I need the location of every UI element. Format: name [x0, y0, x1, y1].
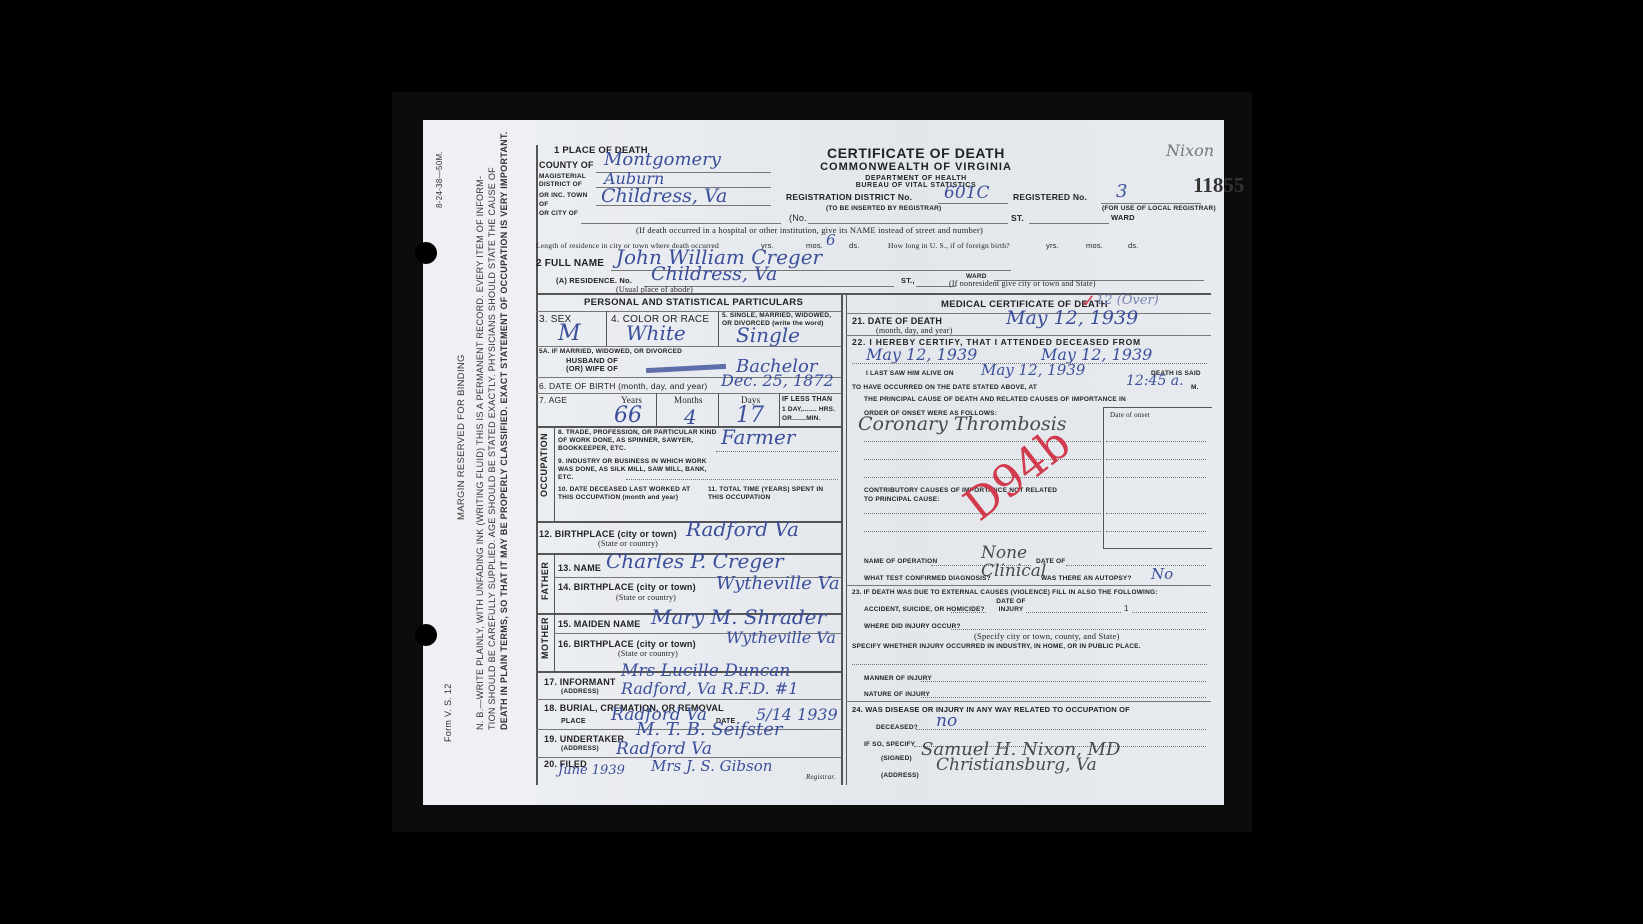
- ward-label: WARD: [1111, 213, 1135, 222]
- binding-margin: Form V. S. 12 8-24-38—50M. MARGIN RESERV…: [423, 120, 535, 805]
- trade-label: 8. TRADE, PROFESSION, OR PARTICULAR KIND…: [558, 429, 718, 453]
- death-certificate: Form V. S. 12 8-24-38—50M. MARGIN RESERV…: [423, 120, 1224, 805]
- father-birthplace-value: Wytheville Va: [716, 573, 840, 594]
- residence-mos-value: 6: [826, 231, 836, 249]
- informant-address-label: (ADDRESS): [561, 688, 599, 695]
- certificate-title-block: CERTIFICATE OF DEATH COMMONWEALTH OF VIR…: [796, 145, 1036, 189]
- street-label: ST.: [1011, 213, 1024, 223]
- father-side-label: FATHER: [540, 562, 550, 600]
- department-label: DEPARTMENT OF HEALTH: [796, 175, 1036, 182]
- print-code: 8-24-38—50M.: [435, 151, 444, 208]
- date-of-onset-box: [1103, 407, 1212, 549]
- date-of-death-value: May 12, 1939: [1006, 307, 1138, 329]
- foreign-birth-label: How long in U. S., if of foreign birth?: [888, 241, 1010, 250]
- trade-value: Farmer: [721, 425, 795, 449]
- marital-value: Single: [736, 323, 800, 347]
- magisterial-label: MAGISTERIAL DISTRICT OF: [539, 173, 589, 189]
- registrar-label: Registrar.: [806, 773, 835, 781]
- nonresident-note: (If nonresident give city or town and St…: [949, 279, 1096, 288]
- date-of-onset-label: Date of onset: [1110, 411, 1150, 419]
- full-name-label: 2 FULL NAME: [536, 258, 604, 269]
- county-value: Montgomery: [604, 149, 721, 170]
- dob-value: Dec. 25, 1872: [721, 371, 834, 390]
- registered-note: (FOR USE OF LOCAL REGISTRAR): [1102, 205, 1216, 212]
- mother-birthplace-label: 16. BIRTHPLACE (city or town): [558, 639, 696, 649]
- punch-hole-top: [415, 242, 437, 264]
- registered-no-label: REGISTERED No.: [1013, 192, 1087, 202]
- operation-label: NAME OF OPERATION: [864, 558, 937, 565]
- informant-address-value: Radford, Va R.F.D. #1: [621, 679, 798, 698]
- commonwealth-title: COMMONWEALTH OF VIRGINIA: [796, 161, 1036, 173]
- physician-address-label: (ADDRESS): [881, 772, 919, 779]
- race-value: White: [626, 321, 686, 345]
- father-name-value: Charles P. Creger: [606, 549, 784, 573]
- residence-value: Childress, Va: [651, 263, 777, 285]
- external-causes-label: 23. IF DEATH WAS DUE TO EXTERNAL CAUSES …: [852, 588, 1192, 597]
- attended-from-value: May 12, 1939: [866, 345, 977, 364]
- autopsy-value: No: [1151, 565, 1173, 583]
- date-of-death-sub: (month, day, and year): [876, 326, 953, 335]
- where-injury-label: WHERE DID INJURY OCCUR?: [864, 623, 961, 630]
- undertaker-label: 19. UNDERTAKER: [544, 734, 624, 744]
- informant-label: 17. INFORMANT: [544, 677, 616, 687]
- personal-heading: PERSONAL AND STATISTICAL PARTICULARS: [584, 297, 803, 308]
- spouse-label: 5A. IF MARRIED, WIDOWED, OR DIVORCED: [539, 348, 682, 355]
- informant-value: Mrs Lucille Duncan: [621, 661, 790, 681]
- filed-value: June 1939: [558, 763, 625, 778]
- hospital-note: (If death occurred in a hospital or othe…: [636, 225, 983, 235]
- margin-note: MARGIN RESERVED FOR BINDING: [456, 354, 467, 520]
- occurred-label: TO HAVE OCCURRED ON THE DATE STATED ABOV…: [852, 384, 1037, 391]
- residence-ds-label: ds.: [849, 241, 860, 250]
- age-label: 7. AGE: [539, 395, 567, 405]
- residence-st-label: ST.,: [901, 276, 915, 285]
- if-so-label: IF SO, SPECIFY: [864, 741, 915, 748]
- foreign-mos-label: mos.: [1086, 241, 1103, 250]
- last-saw-value: May 12, 1939: [981, 361, 1085, 379]
- registration-note: (TO BE INSERTED BY REGISTRAR): [826, 205, 941, 212]
- operation-value: None: [981, 543, 1027, 563]
- mother-side-label: MOTHER: [540, 617, 550, 659]
- strikethrough-mark: [646, 364, 726, 373]
- mother-name-label: 15. MAIDEN NAME: [558, 619, 641, 629]
- father-name-label: 13. NAME: [558, 563, 601, 573]
- total-time-label: 11. TOTAL TIME (YEARS) SPENT IN THIS OCC…: [708, 486, 838, 502]
- autopsy-label: WAS THERE AN AUTOPSY?: [1041, 575, 1132, 582]
- age-months-label: Months: [674, 395, 703, 405]
- dob-label: 6. DATE OF BIRTH (month, day, and year): [539, 381, 707, 391]
- undertaker-address-value: Radford Va: [616, 739, 712, 759]
- less-than-label: IF LESS THAN: [782, 396, 832, 403]
- test-value: Clinical: [981, 561, 1046, 581]
- last-worked-label: 10. DATE DECEASED LAST WORKED AT THIS OC…: [558, 486, 703, 502]
- less-day-label: 1 DAY,....... HRS.: [782, 406, 835, 413]
- registration-district-value: 601C: [944, 183, 989, 203]
- specify-injury-label: SPECIFY WHETHER INJURY OCCURRED IN INDUS…: [852, 642, 1197, 651]
- certificate-number: 11855: [1193, 173, 1244, 198]
- spouse-label-wife: (OR) WIFE OF: [566, 364, 618, 373]
- registrar-value: Mrs J. S. Gibson: [651, 757, 772, 775]
- less-min-label: OR.......MIN.: [782, 415, 821, 422]
- instructions-line1: N. B.—WRITE PLAINLY, WITH UNFADING INK (…: [475, 176, 485, 730]
- last-saw-label: I LAST SAW HIM ALIVE ON: [866, 370, 954, 377]
- test-label: WHAT TEST CONFIRMED DIAGNOSIS?: [864, 575, 991, 582]
- mother-birthplace-value: Wytheville Va: [726, 628, 836, 647]
- undertaker-address-label: (ADDRESS): [561, 745, 599, 752]
- foreign-ds-label: ds.: [1128, 241, 1139, 250]
- father-birthplace-label: 14. BIRTHPLACE (city or town): [558, 582, 696, 592]
- undertaker-value: M. T. B. Seifster: [636, 719, 782, 740]
- signed-label: (SIGNED): [881, 755, 912, 762]
- foreign-yrs-label: yrs.: [1046, 241, 1059, 250]
- county-label: COUNTY OF: [539, 160, 594, 170]
- sex-value: M: [558, 321, 581, 346]
- birthplace-label: 12. BIRTHPLACE (city or town): [539, 529, 677, 539]
- registered-no-value: 3: [1116, 181, 1127, 202]
- birthplace-sub: (State or country): [598, 539, 658, 548]
- father-birthplace-sub: (State or country): [616, 593, 676, 602]
- where-injury-sub: (Specify city or town, county, and State…: [974, 631, 1120, 641]
- occupation-side-label: OCCUPATION: [539, 433, 549, 497]
- occupation-related-value: no: [936, 711, 957, 731]
- street-no-label: (No.: [789, 213, 807, 223]
- pencil-note: Nixon: [1166, 141, 1214, 160]
- check-note: 12 (Over): [1096, 293, 1159, 308]
- death-time-value: 12:45 a.: [1126, 373, 1184, 389]
- injury-date-label: DATE OF INJURY: [991, 598, 1031, 614]
- instructions-line3: DEATH IN PLAIN TERMS, SO THAT IT MAY BE …: [499, 131, 509, 730]
- registration-district-label: REGISTRATION DISTRICT No.: [786, 192, 912, 202]
- instructions-line2: TION SHOULD BE CAREFULLY SUPPLIED. AGE S…: [487, 167, 497, 730]
- birthplace-value: Radford Va: [686, 517, 799, 541]
- physician-address: Christiansburg, Va: [936, 755, 1097, 775]
- city-label: OR CITY OF: [539, 209, 589, 218]
- form-id: Form V. S. 12: [443, 683, 453, 742]
- burial-place-label: PLACE: [561, 718, 586, 725]
- bureau-label: BUREAU OF VITAL STATISTICS: [796, 182, 1036, 189]
- inc-town-label: OR INC. TOWN OF: [539, 191, 589, 209]
- time-suffix: M.: [1191, 384, 1199, 391]
- date-of-death-label: 21. DATE OF DEATH: [852, 316, 942, 326]
- certificate-title: CERTIFICATE OF DEATH: [796, 145, 1036, 161]
- certificate-form: CERTIFICATE OF DEATH COMMONWEALTH OF VIR…: [536, 145, 1211, 785]
- mother-name-value: Mary M. Shrader: [651, 605, 826, 629]
- residence-label: (A) RESIDENCE. No.: [556, 276, 632, 285]
- deceased-label: DECEASED?: [876, 724, 918, 731]
- mother-birthplace-sub: (State or country): [618, 649, 678, 658]
- injury-year-prefix: 1: [1124, 604, 1129, 613]
- punch-hole-bottom: [415, 624, 437, 646]
- age-years-value: 66: [614, 403, 642, 428]
- inc-town-value: Childress, Va: [601, 185, 727, 207]
- occupation-related-label: 24. WAS DISEASE OR INJURY IN ANY WAY REL…: [852, 705, 1130, 714]
- principal-cause-label: THE PRINCIPAL CAUSE OF DEATH AND RELATED…: [864, 396, 1126, 403]
